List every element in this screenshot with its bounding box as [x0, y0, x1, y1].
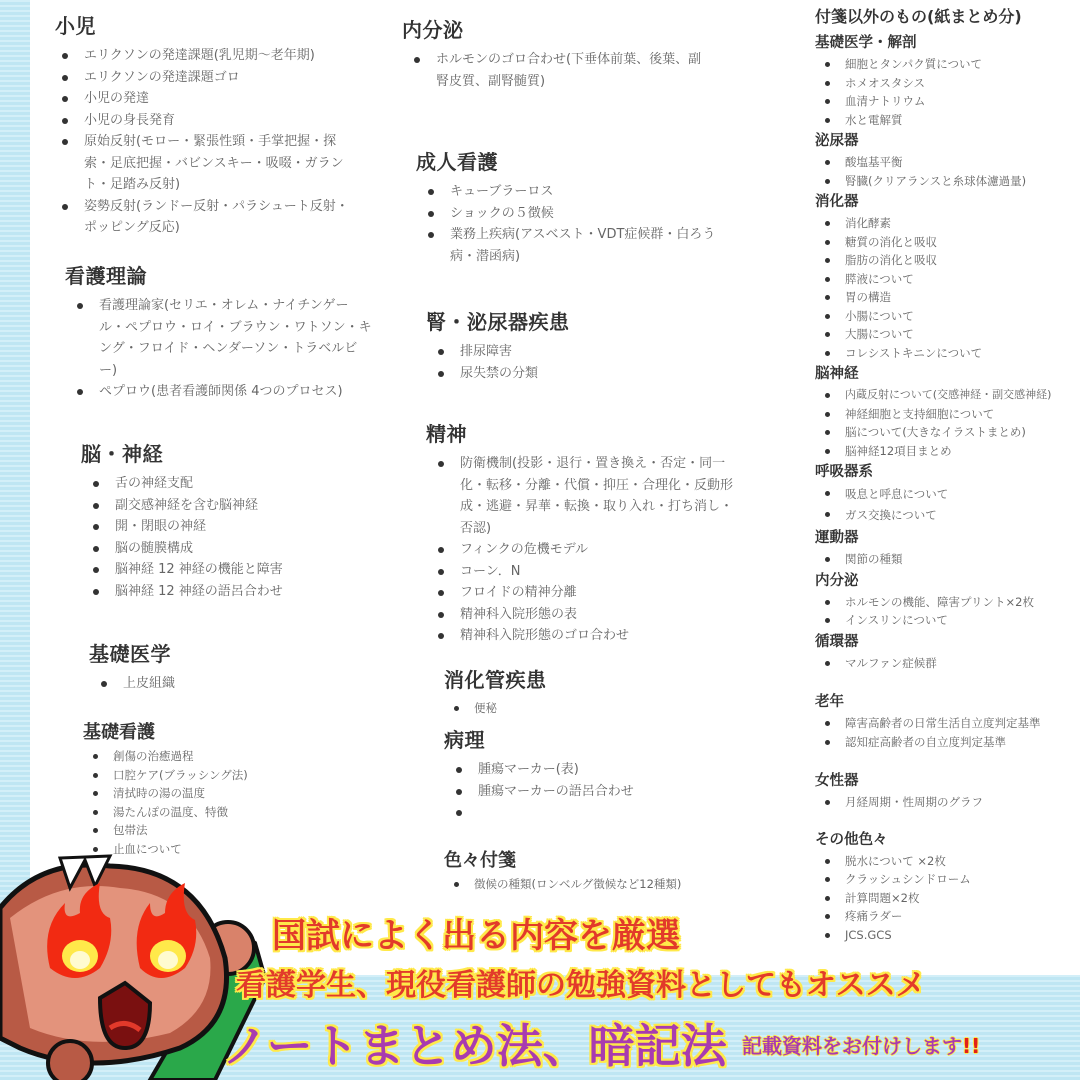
list-item: 上皮組織 — [89, 673, 379, 695]
list-item: 脂肪の消化と吸収 — [815, 251, 1080, 270]
section-adult-nursing: 成人看護 キューブラーロス ショックの５徴候 業務上疾病(アスベスト・VDT症候… — [416, 146, 736, 267]
list-item: 大腸について — [815, 325, 1080, 344]
list-item: 障害高齢者の日常生活自立度判定基準 — [815, 714, 1080, 733]
list-item: 口腔ケア(ブラッシング法) — [83, 766, 373, 785]
section-title: 脳神経 — [815, 362, 1080, 383]
list-item: コレシストキニンについて — [815, 344, 1080, 363]
list-item: 精神科入院形態のゴロ合わせ — [426, 625, 756, 647]
list-item: 消化酵素 — [815, 214, 1080, 233]
list-item: 姿勢反射(ランドー反射・パラシュート反射・ポッピング反応) — [50, 196, 354, 239]
list-item: 包帯法 — [83, 821, 373, 840]
section-title: 泌尿器 — [815, 129, 1080, 150]
section-title: 病理 — [444, 724, 764, 753]
list-item: 計算問題×2枚 — [815, 889, 1080, 908]
list-item: 尿失禁の分類 — [426, 363, 746, 385]
list-item: コーン．N — [426, 561, 756, 583]
list-item: マルファン症候群 — [815, 654, 1080, 673]
list-item: エリクソンの発達課題(乳児期〜老年期) — [50, 45, 385, 67]
section-digestive-disease: 消化管疾患 便秘 — [444, 664, 764, 718]
list-item: 関節の種類 — [815, 550, 1080, 569]
list-item: 便秘 — [444, 699, 764, 718]
section-basic-nursing: 基礎看護 創傷の治癒過程 口腔ケア(ブラッシング法) 清拭時の湯の温度 湯たんぽ… — [83, 718, 373, 858]
list-item: 脳の髄膜構成 — [81, 538, 381, 560]
section-nursing-theory: 看護理論 看護理論家(セリエ・オレム・ナイチンゲール・ペプロウ・ロイ・ブラウン・… — [65, 260, 385, 403]
section-brain-nerves: 脳・神経 舌の神経支配 副交感神経を含む脳神経 開・閉眼の神経 脳の髄膜構成 脳… — [81, 438, 381, 602]
section-title: 基礎看護 — [83, 718, 373, 744]
list-item: 舌の神経支配 — [81, 473, 381, 495]
list-item: 脳について(大きなイラストまとめ) — [815, 423, 1080, 442]
list-item: キューブラーロス — [416, 181, 736, 203]
section-basic-medicine: 基礎医学 上皮組織 — [89, 638, 379, 695]
list-item: 小児の発達 — [50, 88, 385, 110]
list-item: 小腸について — [815, 307, 1080, 326]
list-item: JCS.GCS — [815, 926, 1080, 945]
list-item: 血清ナトリウム — [815, 92, 1080, 111]
list-item: インスリンについて — [815, 611, 1080, 630]
list-item: 月経周期・性周期のグラフ — [815, 793, 1080, 812]
promo-note-materials-included: 記載資料をお付けします!! — [742, 1030, 980, 1059]
list-item: 脳神経 12 神経の機能と障害 — [81, 559, 381, 581]
list-item: ペプロウ(患者看護師関係 4つのプロセス) — [65, 381, 385, 403]
list-item: 脳神経12項目まとめ — [815, 442, 1080, 461]
list-item: 原始反射(モロー・緊張性頸・手掌把握・探索・足底把握・バビンスキー・吸啜・ガラン… — [50, 131, 354, 196]
section-title: 基礎医学 — [89, 638, 379, 667]
section-title: 女性器 — [815, 769, 1080, 790]
list-item: 副交感神経を含む脳神経 — [81, 495, 381, 517]
section-title: 循環器 — [815, 630, 1080, 651]
list-item: フロイドの精神分離 — [426, 582, 756, 604]
list-item: 吸息と呼息について — [815, 484, 1080, 505]
list-item: 創傷の治癒過程 — [83, 747, 373, 766]
section-pediatrics: 小児 エリクソンの発達課題(乳児期〜老年期) エリクソンの発達課題ゴロ 小児の発… — [55, 10, 385, 239]
promo-note-text: 記載資料をお付けします — [742, 1034, 962, 1058]
list-item: 清拭時の湯の温度 — [83, 784, 373, 803]
list-item: 疼痛ラダー — [815, 907, 1080, 926]
list-item: 水と電解質 — [815, 111, 1080, 130]
list-item: 徴候の種類(ロンベルグ徴候など12種類) — [444, 875, 764, 894]
list-item: 脱水について ×2枚 — [815, 852, 1080, 871]
section-title: その他色々 — [815, 828, 1080, 849]
right-column-title: 付箋以外のもの(紙まとめ分) — [815, 4, 1080, 27]
list-item: ガス交換について — [815, 505, 1080, 526]
section-pathology: 病理 腫瘍マーカー(表) 腫瘍マーカーの語呂合わせ — [444, 724, 764, 823]
list-item: 排尿障害 — [426, 341, 746, 363]
list-item: 内蔵反射について(交感神経・副交感神経) — [815, 386, 1080, 405]
list-item: 腫瘍マーカーの語呂合わせ — [444, 781, 764, 803]
promo-headline-methods: ノートまとめ法、暗記法 — [222, 1010, 727, 1076]
section-endocrine: 内分泌 ホルモンのゴロ合わせ(下垂体前葉、後葉、副腎皮質、副腎髄質) — [402, 14, 722, 92]
section-title: 色々付箋 — [444, 846, 764, 872]
section-psychiatry: 精神 防衛機制(投影・退行・置き換え・否定・同一化・転移・分離・代償・抑圧・合理… — [426, 418, 756, 647]
exclamation-icon: !! — [962, 1034, 980, 1058]
list-item: 膵液について — [815, 270, 1080, 289]
section-title: 呼吸器系 — [815, 460, 1080, 481]
list-item: 神経細胞と支持細胞について — [815, 405, 1080, 424]
section-title: 脳・神経 — [81, 438, 381, 467]
list-item: 開・閉眼の神経 — [81, 516, 381, 538]
section-title: 老年 — [815, 690, 1080, 711]
list-item: ホルモンの機能、障害プリント×2枚 — [815, 593, 1080, 612]
section-title: 内分泌 — [402, 14, 722, 43]
list-item — [444, 802, 764, 823]
list-item: 胃の構造 — [815, 288, 1080, 307]
section-title: 小児 — [55, 10, 385, 39]
list-item: 小児の身長発育 — [50, 110, 385, 132]
section-title: 内分泌 — [815, 569, 1080, 590]
list-item: 腫瘍マーカー(表) — [444, 759, 764, 781]
section-misc-sticky-notes: 色々付箋 徴候の種類(ロンベルグ徴候など12種類) — [444, 846, 764, 894]
list-item: ホルモンのゴロ合わせ(下垂体前葉、後葉、副腎皮質、副腎髄質) — [402, 49, 706, 92]
list-item: 精神科入院形態の表 — [426, 604, 756, 626]
list-item: エリクソンの発達課題ゴロ — [50, 67, 385, 89]
list-item: 認知症高齢者の自立度判定基準 — [815, 733, 1080, 752]
list-item: 看護理論家(セリエ・オレム・ナイチンゲール・ペプロウ・ロイ・ブラウン・ワトソン・… — [65, 295, 374, 381]
list-item: 湯たんぽの温度、特徴 — [83, 803, 373, 822]
list-item: ショックの５徴候 — [416, 203, 736, 225]
right-column: 付箋以外のもの(紙まとめ分) 基礎医学・解剖 細胞とタンパク質について ホメオス… — [815, 4, 1080, 944]
section-title: 運動器 — [815, 526, 1080, 547]
list-item: 業務上疾病(アスベスト・VDT症候群・白ろう病・潜函病) — [416, 224, 725, 267]
list-item: フィンクの危機モデル — [426, 539, 756, 561]
list-item: 糖質の消化と吸収 — [815, 233, 1080, 252]
section-title: 基礎医学・解剖 — [815, 31, 1080, 52]
section-title: 腎・泌尿器疾患 — [426, 306, 746, 335]
section-title: 成人看護 — [416, 146, 736, 175]
promo-headline-selected-content: 国試によく出る内容を厳選 — [272, 908, 680, 957]
section-title: 消化器 — [815, 190, 1080, 211]
list-item: 酸塩基平衡 — [815, 153, 1080, 172]
section-title: 精神 — [426, 418, 756, 447]
promo-subheadline-recommendation: 看護学生、現役看護師の勉強資料としてもオススメ — [236, 960, 926, 1004]
list-item: 細胞とタンパク質について — [815, 55, 1080, 74]
section-renal-urinary: 腎・泌尿器疾患 排尿障害 尿失禁の分類 — [426, 306, 746, 384]
section-title: 看護理論 — [65, 260, 385, 289]
list-item: クラッシュシンドローム — [815, 870, 1080, 889]
list-item: 防衛機制(投影・退行・置き換え・否定・同一化・転移・分離・代償・抑圧・合理化・反… — [426, 453, 745, 539]
list-item: 腎臓(クリアランスと糸球体濾過量) — [815, 172, 1080, 191]
list-item: ホメオスタシス — [815, 74, 1080, 93]
list-item: 脳神経 12 神経の語呂合わせ — [81, 581, 381, 603]
section-title: 消化管疾患 — [444, 664, 764, 693]
